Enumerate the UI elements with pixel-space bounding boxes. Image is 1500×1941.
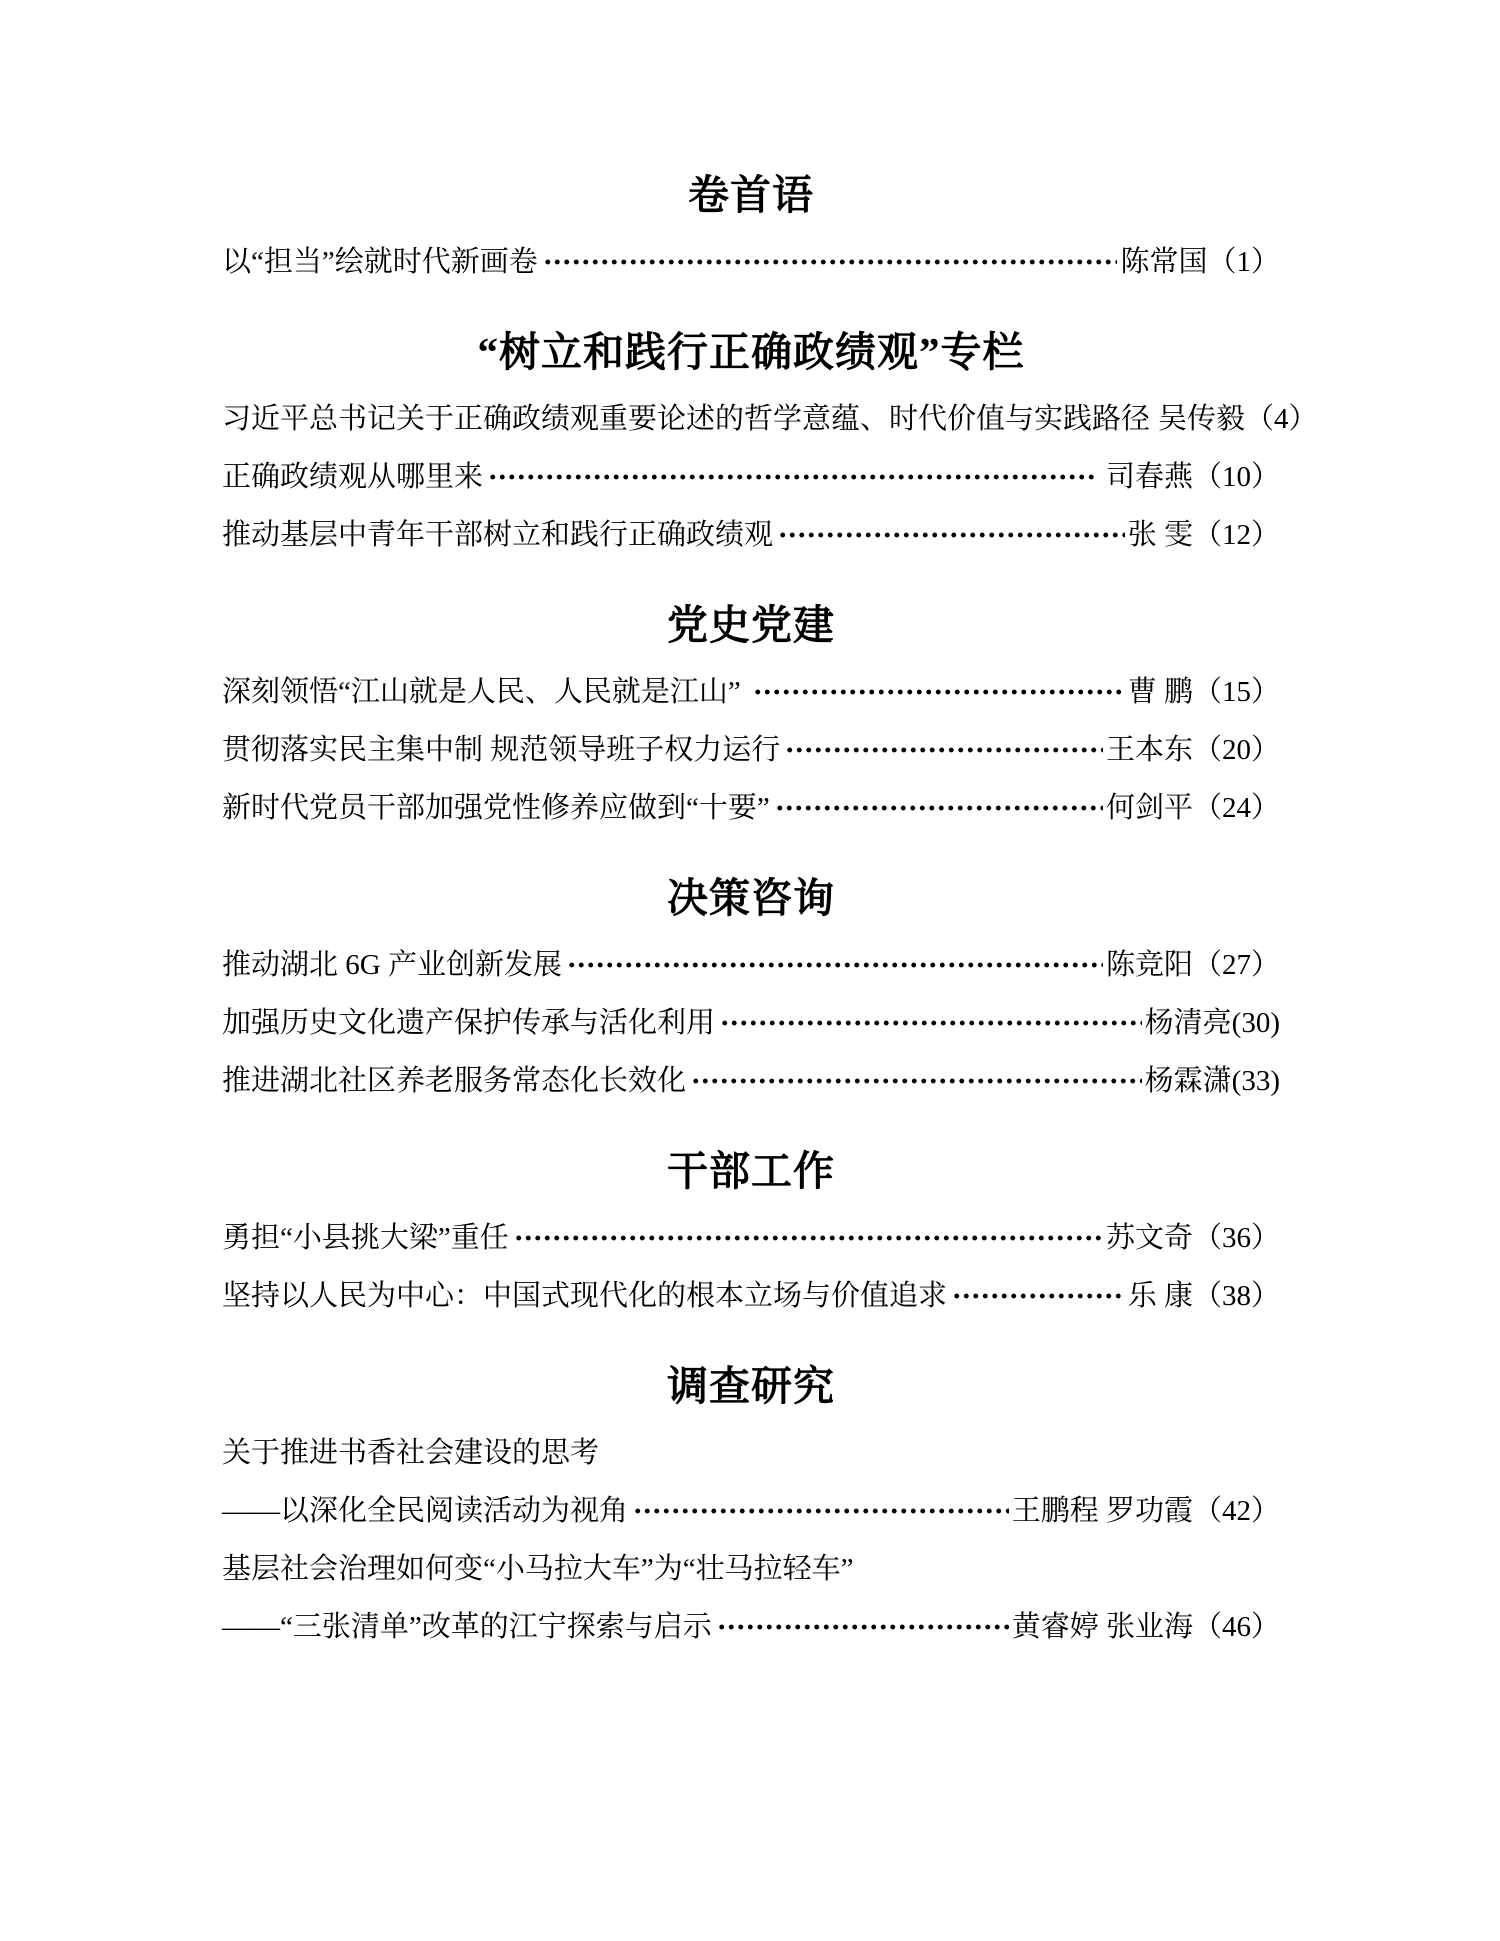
toc-entry: 推动基层中青年干部树立和践行正确政绩观张 雯（12）	[222, 506, 1280, 564]
toc-page: 卷首语以“担当”绘就时代新画卷陈常国（1）“树立和践行正确政绩观”专栏习近平总书…	[0, 0, 1500, 1941]
article-byline: 陈常国（1）	[1120, 233, 1280, 291]
article-title: 基层社会治理如何变“小马拉大车”为“壮马拉轻车”	[222, 1540, 854, 1598]
dot-leader	[488, 448, 1096, 506]
toc-section: 决策咨询推动湖北 6G 产业创新发展陈竞阳（27）加强历史文化遗产保护传承与活化…	[222, 867, 1280, 1110]
article-byline: 司春燕（10）	[1099, 448, 1280, 506]
article-byline: 张 雯（12）	[1128, 506, 1280, 564]
article-byline: 黄睿婷 张业海（46）	[1012, 1598, 1280, 1656]
toc-entry: 贯彻落实民主集中制 规范领导班子权力运行王本东（20）	[222, 721, 1280, 779]
article-title: ——“三张清单”改革的江宁探索与启示	[222, 1598, 712, 1656]
article-title: 习近平总书记关于正确政绩观重要论述的哲学意蕴、时代价值与实践路径	[222, 390, 1150, 448]
dot-leader	[952, 1267, 1125, 1325]
article-title: 深刻领悟“江山就是人民、人民就是江山”	[222, 663, 748, 721]
dot-leader	[720, 994, 1142, 1052]
dot-leader	[753, 663, 1125, 721]
section-heading: 调查研究	[222, 1355, 1280, 1417]
dot-leader	[785, 721, 1103, 779]
article-title: 推进湖北社区养老服务常态化长效化	[222, 1052, 686, 1110]
toc-entry: 习近平总书记关于正确政绩观重要论述的哲学意蕴、时代价值与实践路径吴传毅（4）	[222, 390, 1280, 448]
toc-section: 调查研究关于推进书香社会建设的思考——以深化全民阅读活动为视角王鹏程 罗功霞（4…	[222, 1355, 1280, 1656]
toc-section: 党史党建深刻领悟“江山就是人民、人民就是江山” 曹 鹏（15）贯彻落实民主集中制…	[222, 594, 1280, 837]
article-byline: 王本东（20）	[1106, 721, 1280, 779]
article-title: 加强历史文化遗产保护传承与活化利用	[222, 994, 715, 1052]
article-byline: 何剑平（24）	[1106, 779, 1280, 837]
article-byline: 陈竞阳（27）	[1106, 936, 1280, 994]
article-title: 坚持以人民为中心：中国式现代化的根本立场与价值追求	[222, 1267, 947, 1325]
toc-entry: 推进湖北社区养老服务常态化长效化杨霖潇(33)	[222, 1052, 1280, 1110]
toc-entry: 深刻领悟“江山就是人民、人民就是江山” 曹 鹏（15）	[222, 663, 1280, 721]
toc-entry: 加强历史文化遗产保护传承与活化利用杨清亮(30)	[222, 994, 1280, 1052]
toc-section: 卷首语以“担当”绘就时代新画卷陈常国（1）	[222, 164, 1280, 291]
toc-entry: 关于推进书香社会建设的思考	[222, 1424, 1280, 1482]
article-byline: 王鹏程 罗功霞（42）	[1012, 1482, 1280, 1540]
dot-leader	[543, 233, 1118, 291]
dot-leader	[633, 1482, 1009, 1540]
section-heading: 卷首语	[222, 164, 1280, 226]
toc-entry: 基层社会治理如何变“小马拉大车”为“壮马拉轻车”	[222, 1540, 1280, 1598]
toc-section: “树立和践行正确政绩观”专栏习近平总书记关于正确政绩观重要论述的哲学意蕴、时代价…	[222, 321, 1280, 564]
article-byline: 杨霖潇(33)	[1145, 1052, 1280, 1110]
toc-section: 干部工作勇担“小县挑大梁”重任苏文奇（36）坚持以人民为中心：中国式现代化的根本…	[222, 1140, 1280, 1325]
article-title: ——以深化全民阅读活动为视角	[222, 1482, 628, 1540]
toc-entry: 正确政绩观从哪里来 司春燕（10）	[222, 448, 1280, 506]
section-heading: 干部工作	[222, 1140, 1280, 1202]
section-heading: “树立和践行正确政绩观”专栏	[222, 321, 1280, 383]
article-byline: 曹 鹏（15）	[1128, 663, 1280, 721]
toc: 卷首语以“担当”绘就时代新画卷陈常国（1）“树立和践行正确政绩观”专栏习近平总书…	[222, 164, 1280, 1656]
article-title: 正确政绩观从哪里来	[222, 448, 483, 506]
dot-leader	[691, 1052, 1142, 1110]
toc-entry: 推动湖北 6G 产业创新发展陈竞阳（27）	[222, 936, 1280, 994]
toc-entry: ——以深化全民阅读活动为视角王鹏程 罗功霞（42）	[222, 1482, 1280, 1540]
toc-entry: 勇担“小县挑大梁”重任苏文奇（36）	[222, 1209, 1280, 1267]
article-byline: 苏文奇（36）	[1106, 1209, 1280, 1267]
article-title: 推动基层中青年干部树立和践行正确政绩观	[222, 506, 773, 564]
article-title: 推动湖北 6G 产业创新发展	[222, 936, 562, 994]
dot-leader	[514, 1209, 1103, 1267]
dot-leader	[717, 1598, 1009, 1656]
toc-entry: 新时代党员干部加强党性修养应做到“十要”何剑平（24）	[222, 779, 1280, 837]
article-byline: 杨清亮(30)	[1145, 994, 1280, 1052]
article-byline: 乐 康（38）	[1128, 1267, 1280, 1325]
toc-entry: ——“三张清单”改革的江宁探索与启示黄睿婷 张业海（46）	[222, 1598, 1280, 1656]
article-byline: 吴传毅（4）	[1158, 390, 1318, 448]
article-title: 以“担当”绘就时代新画卷	[222, 233, 538, 291]
dot-leader	[567, 936, 1103, 994]
article-title: 新时代党员干部加强党性修养应做到“十要”	[222, 779, 770, 837]
article-title: 关于推进书香社会建设的思考	[222, 1424, 599, 1482]
toc-entry: 坚持以人民为中心：中国式现代化的根本立场与价值追求乐 康（38）	[222, 1267, 1280, 1325]
article-title: 勇担“小县挑大梁”重任	[222, 1209, 509, 1267]
dot-leader	[775, 779, 1103, 837]
section-heading: 党史党建	[222, 594, 1280, 656]
toc-entry: 以“担当”绘就时代新画卷陈常国（1）	[222, 233, 1280, 291]
article-title: 贯彻落实民主集中制 规范领导班子权力运行	[222, 721, 780, 779]
dot-leader	[778, 506, 1125, 564]
section-heading: 决策咨询	[222, 867, 1280, 929]
